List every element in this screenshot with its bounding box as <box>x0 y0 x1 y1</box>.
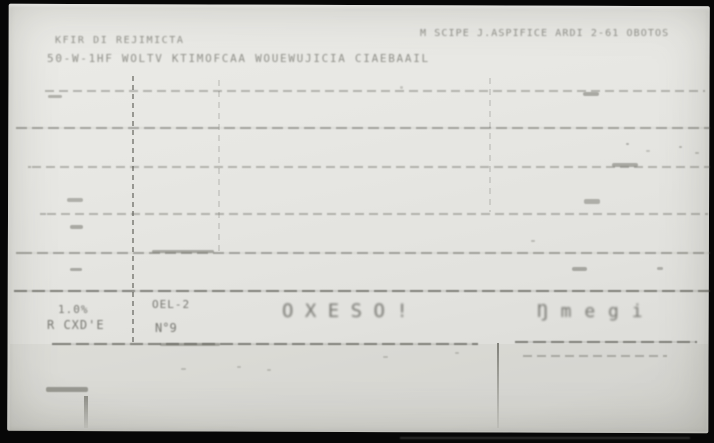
stamp-large-center: O X E S O ! <box>282 300 408 322</box>
header-text-line2: 50-W-1HF WOLTV KTIMOFCAA WOUEWUJICIA CIA… <box>47 52 430 65</box>
scan-edge-artifact <box>400 437 690 439</box>
ink-smudge <box>400 86 403 89</box>
ink-smudge <box>612 163 638 167</box>
ink-smudge <box>70 268 82 271</box>
photo-of-scanned-card: KFIR DI REJIMICTA M SCIPE J.ASPIFICE ARD… <box>0 0 714 443</box>
ink-smudge <box>572 267 587 271</box>
ink-smudge <box>646 150 650 152</box>
table-rule-horizontal-5 <box>16 252 710 254</box>
header-text-left: KFIR DI REJIMICTA <box>55 35 185 46</box>
stamp-large-right: Ŋ m e g i <box>537 301 644 322</box>
table-rule-vertical-2 <box>218 80 220 253</box>
table-rule-vertical-1 <box>132 76 134 342</box>
header-text-right: M SCIPE J.ASPIFICE ARDI 2-61 OBOTOS <box>420 28 669 39</box>
ink-smudge <box>657 267 663 270</box>
ink-smudge <box>679 146 682 148</box>
table-rule-vertical-3 <box>489 78 491 212</box>
stamp-small-mid-line1: OEL-2 <box>152 298 190 311</box>
ink-smudge <box>67 198 83 202</box>
table-rule-horizontal-6 <box>14 290 710 292</box>
table-rule-horizontal-2 <box>16 127 710 129</box>
ink-smudge <box>48 95 62 98</box>
ink-smudge <box>626 143 629 145</box>
ink-smudge <box>695 152 699 154</box>
stamp-small-left-line2: R CXD'E <box>47 318 105 332</box>
table-rule-horizontal-1 <box>45 90 705 92</box>
ink-smudge <box>583 92 599 96</box>
paper-tone-band <box>10 344 708 431</box>
stamp-small-left-line1: 1.0% <box>58 303 89 316</box>
stamp-small-mid-line2: N°9 <box>155 321 177 335</box>
ink-smudge <box>152 250 214 253</box>
ink-smudge <box>584 199 600 204</box>
table-rule-horizontal-4 <box>40 213 708 215</box>
table-rule-horizontal-3 <box>28 166 710 168</box>
ink-smudge <box>531 240 535 242</box>
ink-smudge <box>70 225 83 229</box>
table-rule-horizontal-7-right <box>515 341 697 343</box>
